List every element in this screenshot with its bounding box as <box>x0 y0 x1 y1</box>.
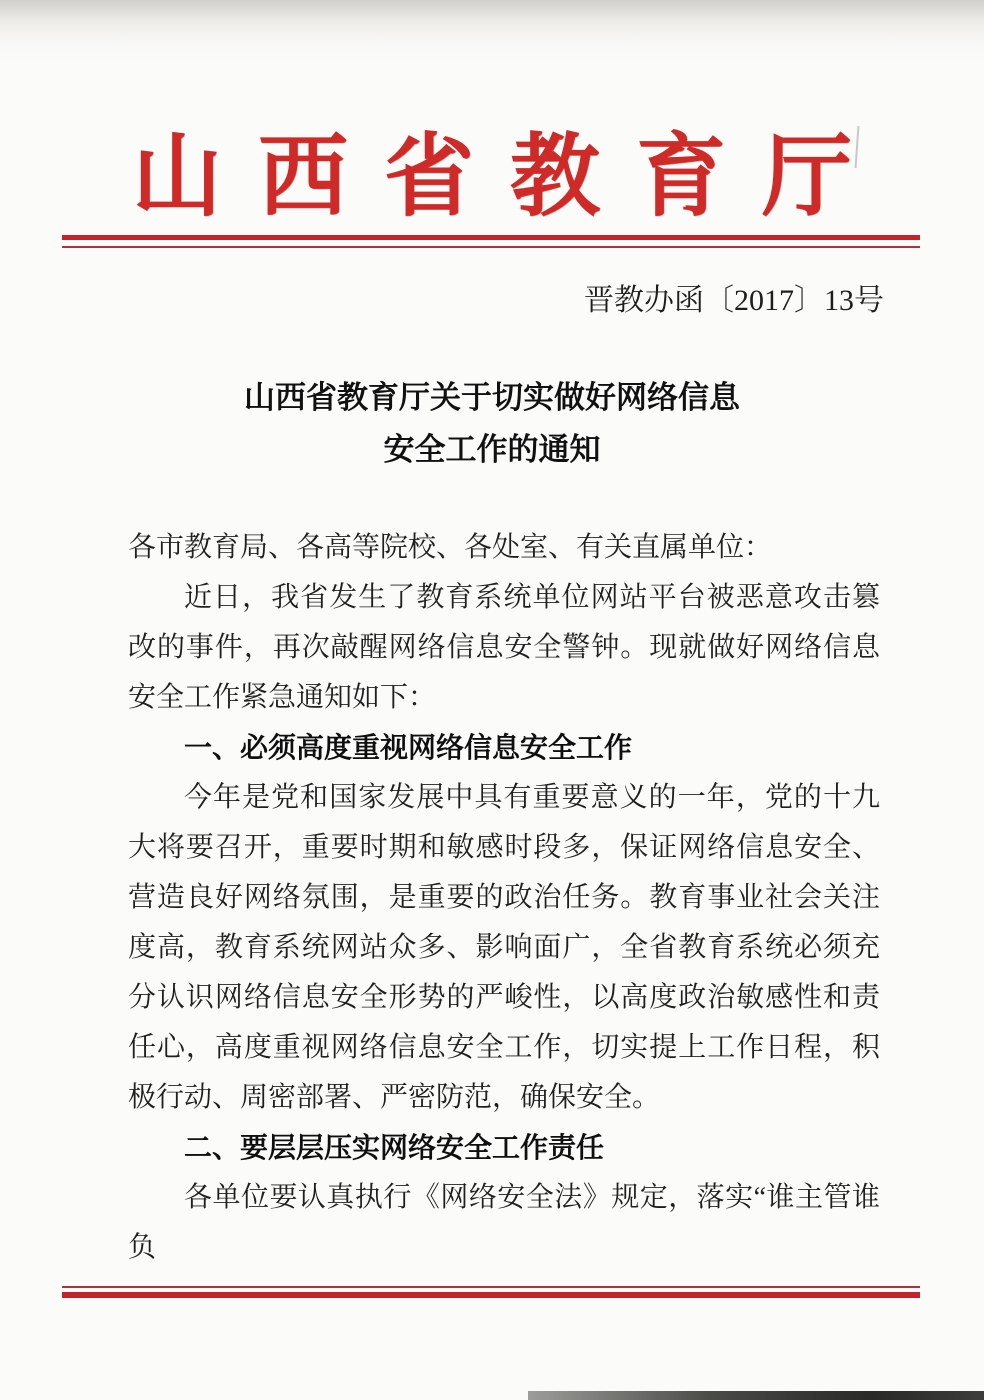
document-body: 各市教育局、各高等院校、各处室、有关直属单位： 近日，我省发生了教育系统单位网站… <box>128 523 880 1273</box>
footer-rule-thick <box>62 1292 920 1298</box>
section-heading-1: 一、必须高度重视网络信息安全工作 <box>128 723 880 773</box>
section-heading-2: 二、要层层压实网络安全工作责任 <box>128 1123 880 1173</box>
letterhead-rule <box>62 235 920 248</box>
scan-top-shade <box>0 0 984 62</box>
footer-rule <box>62 1286 920 1298</box>
paragraph-section-1: 今年是党和国家发展中具有重要意义的一年，党的十九大将要召开，重要时期和敏感时段多… <box>128 773 880 1123</box>
paragraph-intro: 近日，我省发生了教育系统单位网站平台被恶意攻击篡改的事件，再次敲醒网络信息安全警… <box>128 573 880 723</box>
salutation: 各市教育局、各高等院校、各处室、有关直属单位： <box>128 523 880 573</box>
letterhead-rule-thin <box>62 246 920 248</box>
paragraph-section-2-partial: 各单位要认真执行《网络安全法》规定，落实“谁主管谁负 <box>128 1173 880 1273</box>
scan-bottom-shade <box>528 1391 984 1400</box>
document-page: 山西省教育厅 晋教办函〔2017〕13号 山西省教育厅关于切实做好网络信息 安全… <box>0 0 984 1400</box>
letterhead-org-name: 山西省教育厅 <box>0 128 984 228</box>
document-number: 晋教办函〔2017〕13号 <box>584 282 884 320</box>
document-title-line1: 山西省教育厅关于切实做好网络信息 <box>0 372 984 424</box>
document-title-line2: 安全工作的通知 <box>0 424 984 476</box>
document-title: 山西省教育厅关于切实做好网络信息 安全工作的通知 <box>0 372 984 476</box>
